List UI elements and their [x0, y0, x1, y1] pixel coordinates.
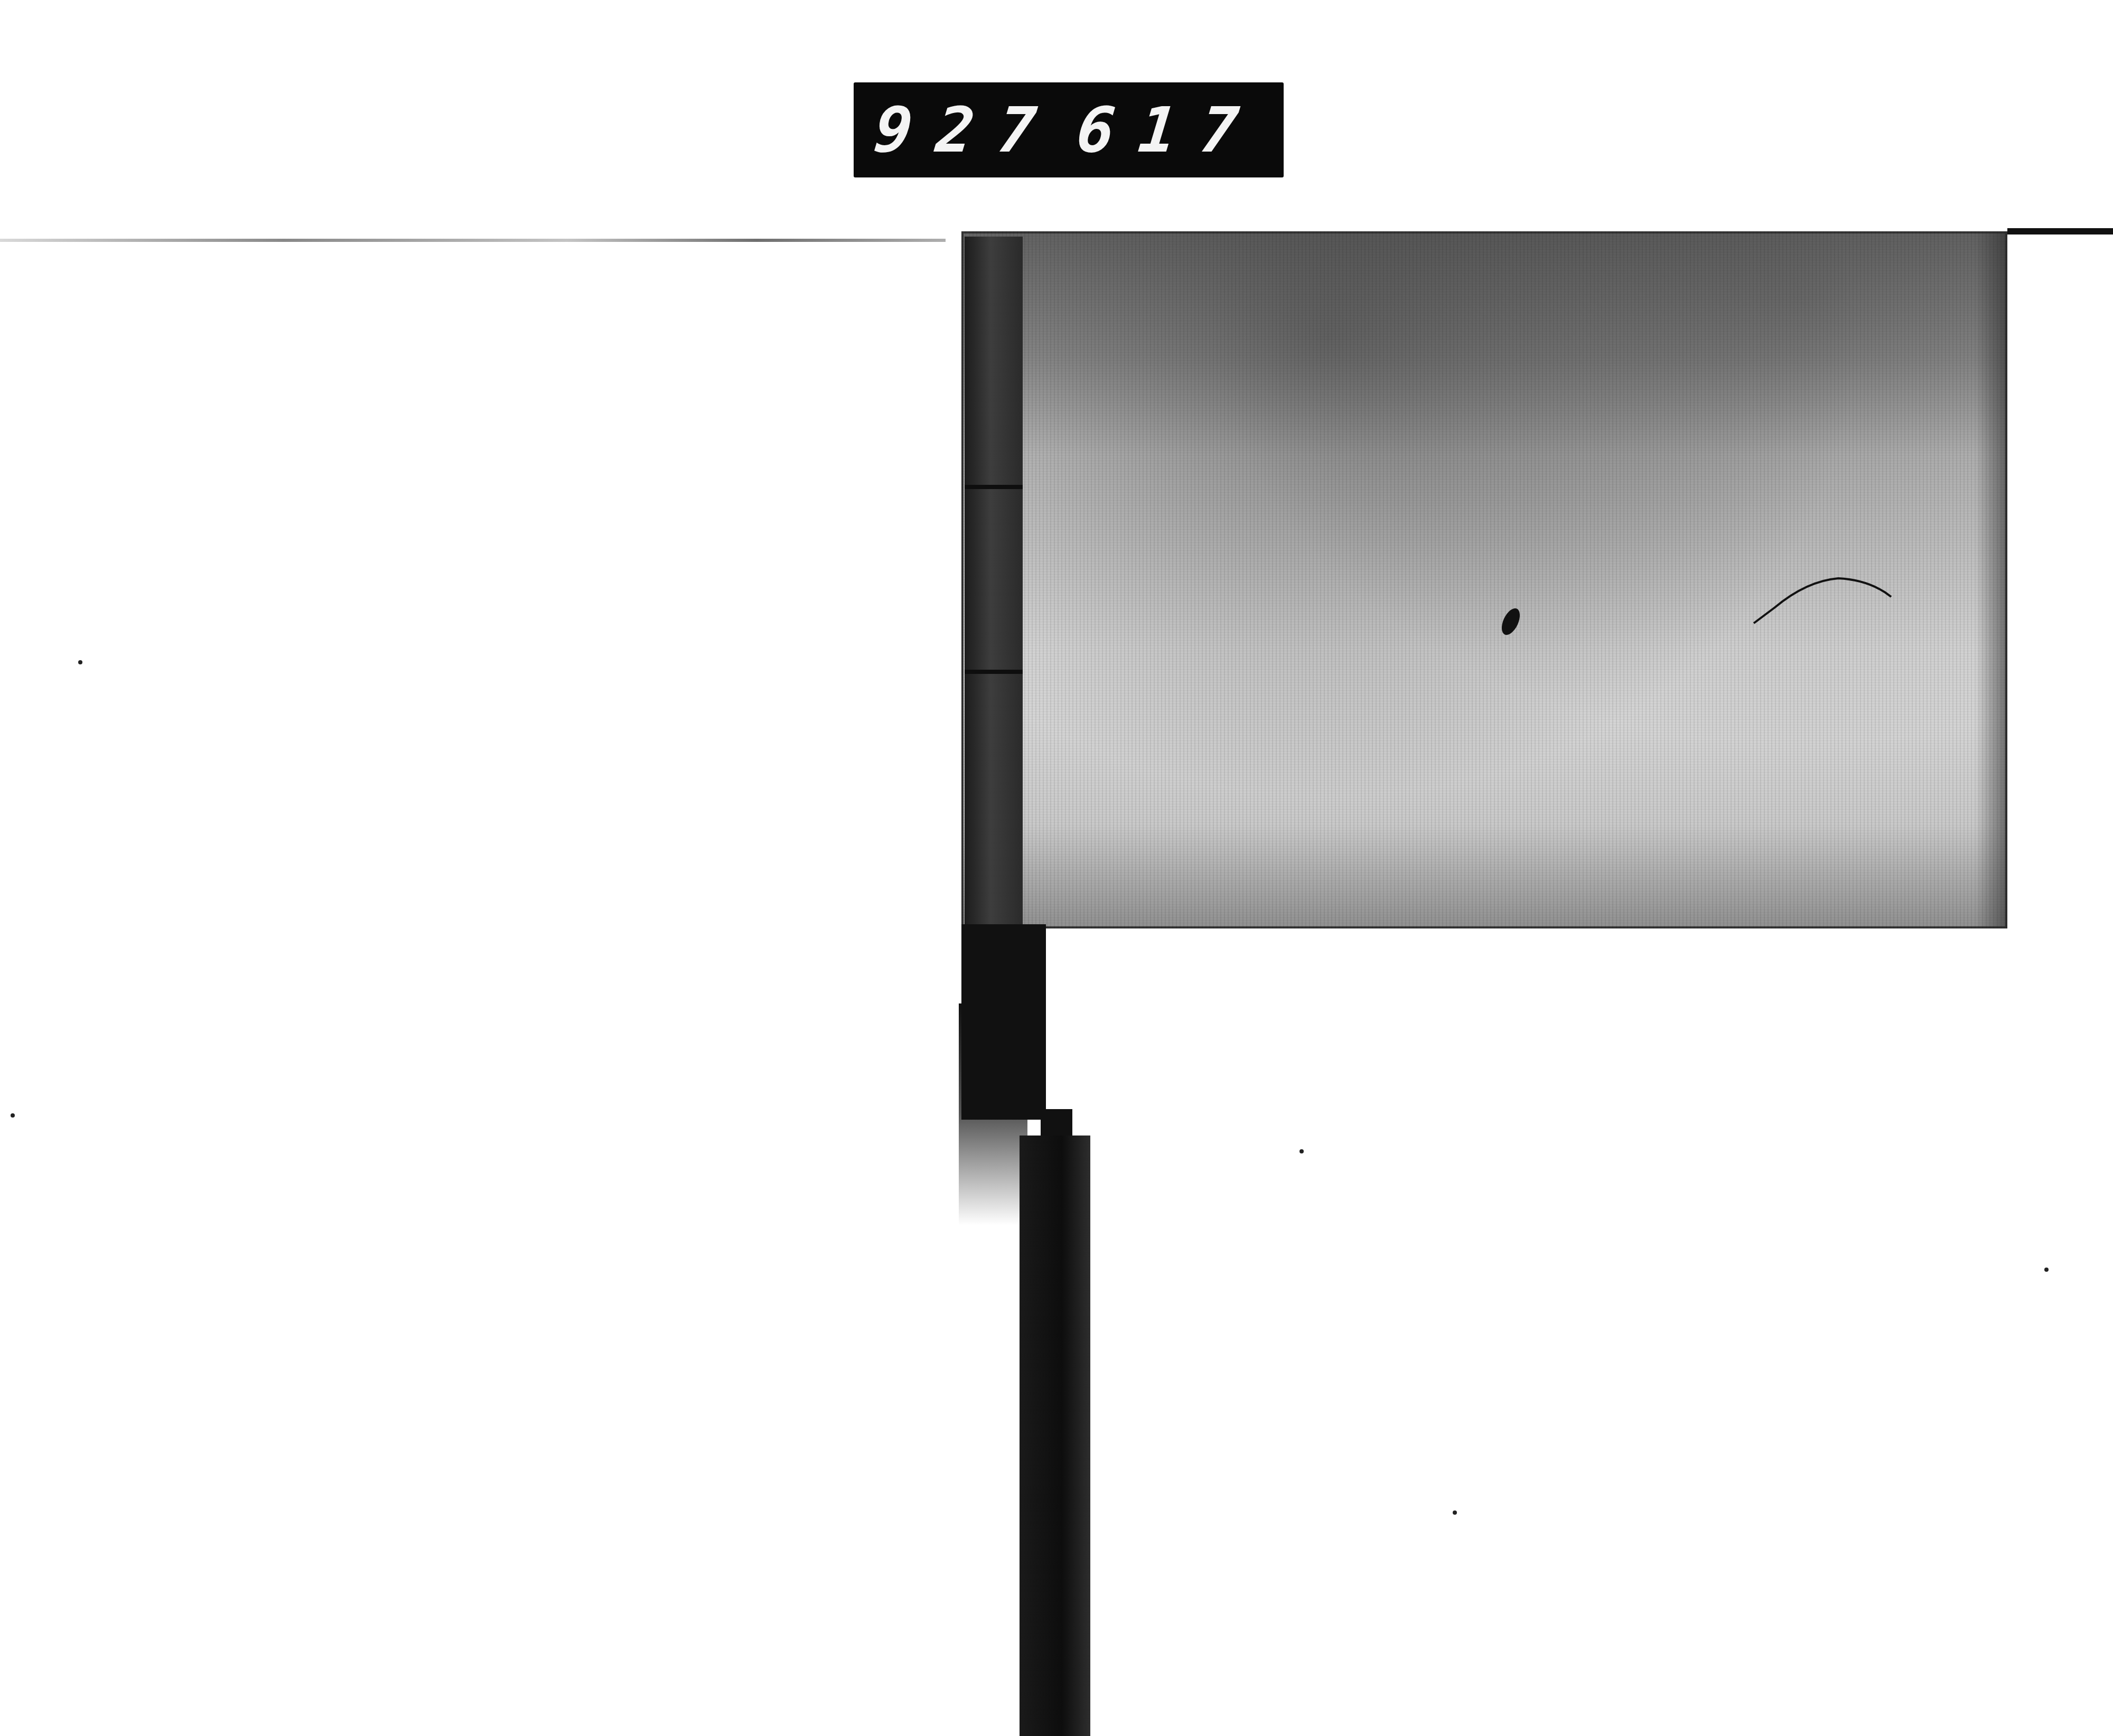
lower-spine-block: [961, 924, 1046, 1120]
spine-band: [965, 485, 1023, 489]
dust-speck: [2044, 1268, 2049, 1272]
catalog-label-plate: 927 617: [854, 82, 1284, 177]
lower-dark-column: [1020, 1136, 1090, 1736]
dust-speck: [1299, 1149, 1304, 1153]
spine-band: [965, 670, 1023, 674]
pen-stroke-mark: [1743, 570, 1902, 634]
scan-edge-line-left: [0, 239, 946, 242]
dust-speck: [78, 660, 82, 664]
catalog-number-right: 617: [1074, 99, 1266, 161]
catalog-number-left: 927: [872, 99, 1064, 161]
dust-speck: [11, 1113, 15, 1118]
dust-speck: [1453, 1510, 1457, 1515]
book-spine: [965, 237, 1023, 934]
cover-right-edge: [1976, 231, 2007, 928]
scan-edge-line-right: [2007, 228, 2113, 234]
